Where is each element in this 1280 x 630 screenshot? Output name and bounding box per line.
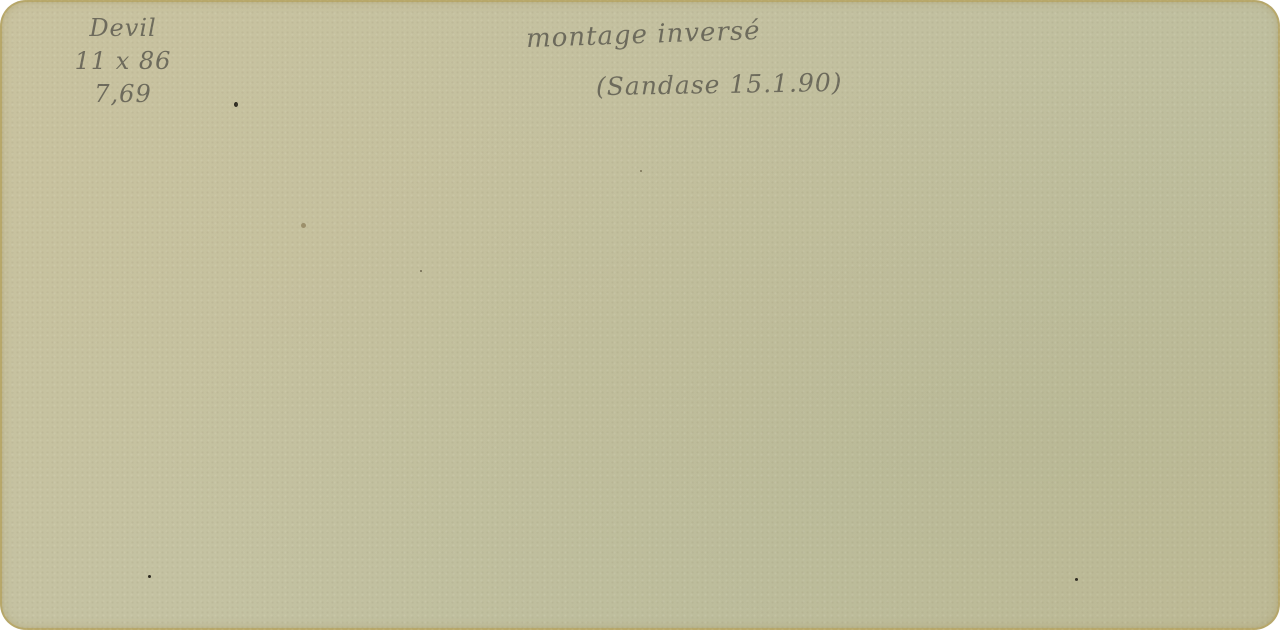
note-dimensions: 11 x 86 (64, 45, 182, 78)
ink-spot (234, 102, 238, 107)
ink-spot (1075, 578, 1078, 581)
stereoview-card-back: Devil 11 x 86 7,69 montage inversé (Sand… (0, 0, 1280, 630)
ink-spot (148, 575, 151, 578)
pencil-note-catalog: Devil 11 x 86 7,69 (72, 12, 182, 111)
pencil-note-montage: montage inversé (526, 16, 761, 54)
pencil-note-date: (Sandase 15.1.90) (596, 68, 843, 101)
stain-spot (640, 170, 642, 172)
stain-spot (420, 270, 422, 272)
note-title: Devil (64, 12, 182, 45)
note-number: 7,69 (64, 78, 182, 111)
stain-spot (301, 223, 306, 228)
